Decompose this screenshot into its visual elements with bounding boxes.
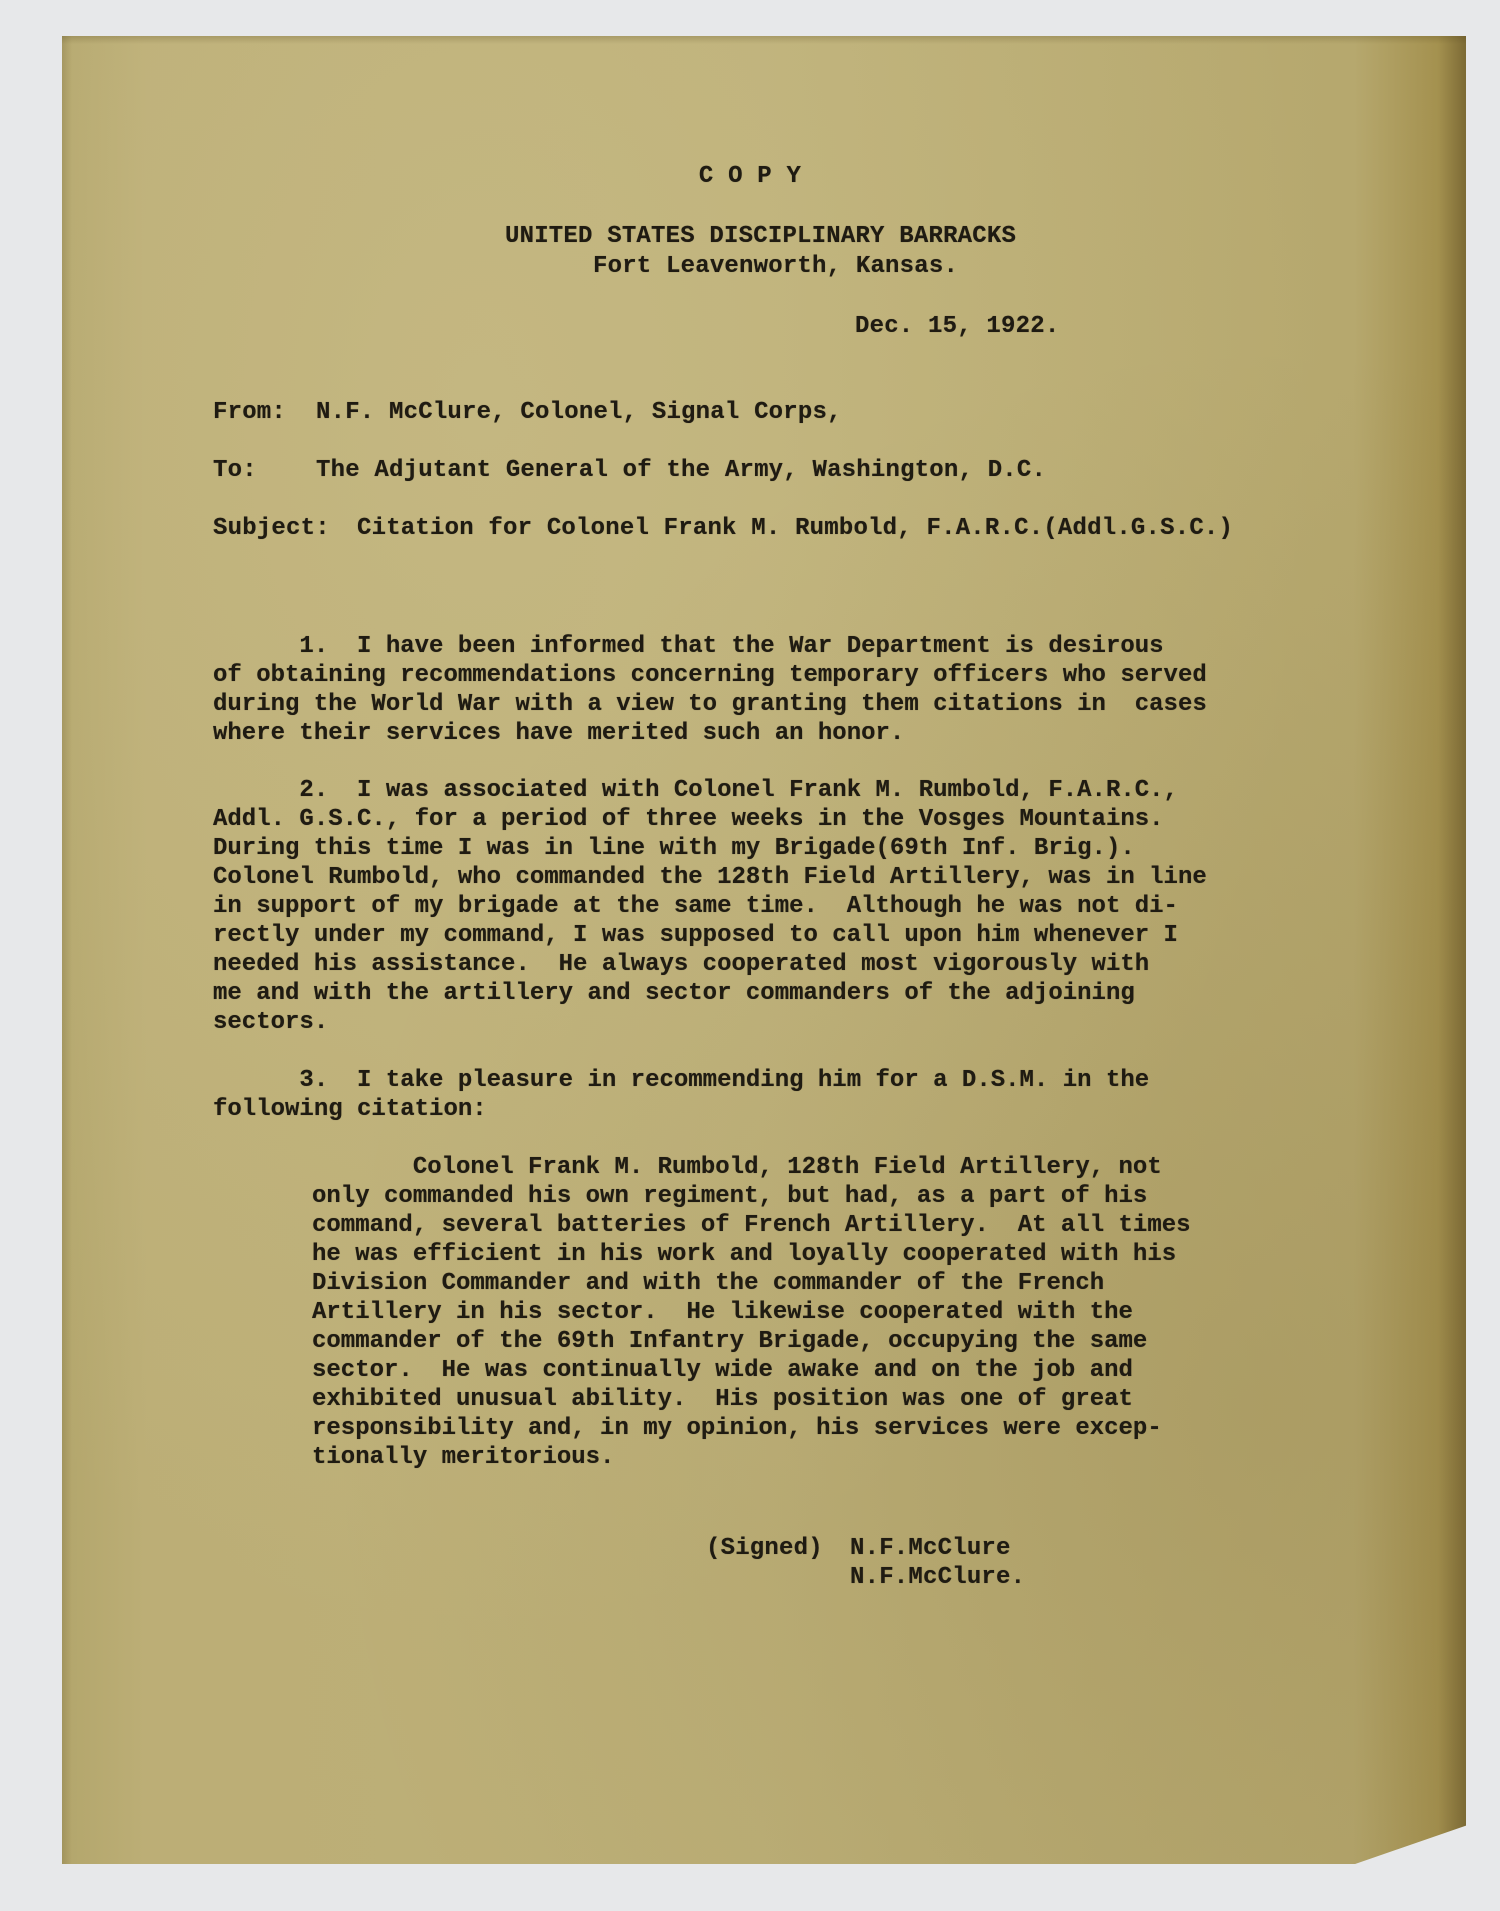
paragraph-3: 3. I take pleasure in recommending him f… bbox=[213, 1066, 1149, 1124]
citation-line: exhibited unusual ability. His position … bbox=[312, 1385, 1191, 1414]
letterhead-organization: UNITED STATES DISCIPLINARY BARRACKS bbox=[505, 222, 1016, 251]
citation-line: command, several batteries of French Art… bbox=[312, 1211, 1191, 1240]
subject-label: Subject: bbox=[213, 514, 330, 543]
citation-line: commander of the 69th Infantry Brigade, … bbox=[312, 1327, 1191, 1356]
paragraph-1: 1. I have been informed that the War Dep… bbox=[213, 632, 1207, 748]
paragraph-line: of obtaining recommendations concerning … bbox=[213, 661, 1207, 690]
paragraph-line: 1. I have been informed that the War Dep… bbox=[213, 632, 1207, 661]
citation-line: he was efficient in his work and loyally… bbox=[312, 1240, 1191, 1269]
paragraph-line: following citation: bbox=[213, 1095, 1149, 1124]
copy-stamp: C O P Y bbox=[0, 162, 1500, 191]
paragraph-line: 3. I take pleasure in recommending him f… bbox=[213, 1066, 1149, 1095]
to-value: The Adjutant General of the Army, Washin… bbox=[316, 456, 1046, 485]
citation-line: Division Commander and with the commande… bbox=[312, 1269, 1191, 1298]
signed-label: (Signed) bbox=[706, 1534, 823, 1563]
document-date: Dec. 15, 1922. bbox=[855, 312, 1059, 341]
paragraph-line: during the World War with a view to gran… bbox=[213, 690, 1207, 719]
paragraph-line: rectly under my command, I was supposed … bbox=[213, 921, 1207, 950]
citation-line: only commanded his own regiment, but had… bbox=[312, 1182, 1191, 1211]
citation-line: tionally meritorious. bbox=[312, 1443, 1191, 1472]
signature-name-2: N.F.McClure. bbox=[850, 1563, 1025, 1592]
paragraph-2: 2. I was associated with Colonel Frank M… bbox=[213, 776, 1207, 1037]
to-label: To: bbox=[213, 456, 257, 485]
signature-name-1: N.F.McClure bbox=[850, 1534, 1011, 1563]
paragraph-line: where their services have merited such a… bbox=[213, 719, 1207, 748]
from-value: N.F. McClure, Colonel, Signal Corps, bbox=[316, 398, 842, 427]
citation-line: responsibility and, in my opinion, his s… bbox=[312, 1414, 1191, 1443]
paragraph-line: 2. I was associated with Colonel Frank M… bbox=[213, 776, 1207, 805]
letterhead-location: Fort Leavenworth, Kansas. bbox=[593, 252, 958, 281]
citation-line: sector. He was continually wide awake an… bbox=[312, 1356, 1191, 1385]
paragraph-line: me and with the artillery and sector com… bbox=[213, 979, 1207, 1008]
citation-text: Colonel Frank M. Rumbold, 128th Field Ar… bbox=[312, 1153, 1191, 1472]
paragraph-line: During this time I was in line with my B… bbox=[213, 834, 1207, 863]
paragraph-line: Colonel Rumbold, who commanded the 128th… bbox=[213, 863, 1207, 892]
subject-value: Citation for Colonel Frank M. Rumbold, F… bbox=[357, 514, 1233, 543]
paragraph-line: in support of my brigade at the same tim… bbox=[213, 892, 1207, 921]
citation-line: Artillery in his sector. He likewise coo… bbox=[312, 1298, 1191, 1327]
paragraph-line: needed his assistance. He always coopera… bbox=[213, 950, 1207, 979]
paragraph-line: sectors. bbox=[213, 1008, 1207, 1037]
citation-line: Colonel Frank M. Rumbold, 128th Field Ar… bbox=[312, 1153, 1191, 1182]
paragraph-line: Addl. G.S.C., for a period of three week… bbox=[213, 805, 1207, 834]
from-label: From: bbox=[213, 398, 286, 427]
